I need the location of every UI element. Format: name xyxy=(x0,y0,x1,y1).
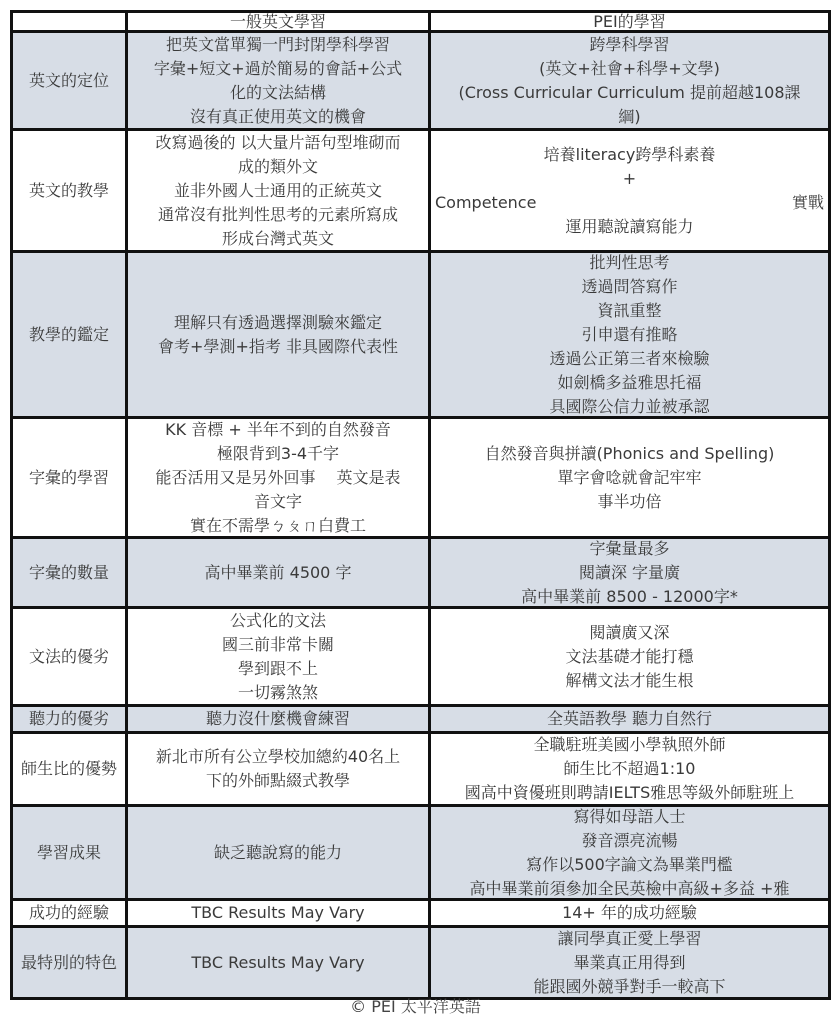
pei-learning-cell: 全職駐班美國小學執照外師師生比不超過1:10國高中資優班則聘請IELTS雅思等級… xyxy=(430,733,830,806)
pei-learning-cell: 14+ 年的成功經驗 xyxy=(430,900,830,927)
cell-content: 缺乏聽說寫的能力 xyxy=(130,807,426,898)
table-body: 英文的定位把英文當單獨一門封閉學科學習字彙+短文+過於簡易的會話+公式化的文法結… xyxy=(12,32,830,999)
cell-content: 自然發音與拼讀(Phonics and Spelling)單字會唸就會記牢牢事半… xyxy=(433,419,826,536)
cell-line: 透過公正第三者來檢驗 xyxy=(549,347,709,371)
header-pei-learning: PEI的學習 xyxy=(430,12,830,32)
cell-line-part: Competence xyxy=(435,191,536,215)
cell-line: 如劍橋多益雅思托福 xyxy=(557,371,701,395)
row-label: 文法的優劣 xyxy=(12,608,127,706)
cell-line: 國三前非常卡關 xyxy=(222,633,334,657)
cell-line: 自然發音與拼讀(Phonics and Spelling) xyxy=(485,442,775,466)
cell-line: 文法基礎才能打穩 xyxy=(565,645,693,669)
cell-line: 單字會唸就會記牢牢 xyxy=(557,466,701,490)
table-row: 英文的定位把英文當單獨一門封閉學科學習字彙+短文+過於簡易的會話+公式化的文法結… xyxy=(12,32,830,130)
cell-line: + xyxy=(623,167,636,191)
cell-line: 一切霧煞煞 xyxy=(238,681,318,705)
cell-line: 發音漂亮流暢 xyxy=(581,829,677,853)
cell-line-part: 實戰 xyxy=(792,191,824,215)
cell-line: 引申還有推略 xyxy=(581,323,677,347)
row-label: 英文的教學 xyxy=(12,130,127,252)
cell-line: 公式化的文法 xyxy=(230,609,326,633)
cell-line: 並非外國人士通用的正統英文 xyxy=(174,179,382,203)
pei-learning-cell: 批判性思考透過問答寫作資訊重整引申還有推略透過公正第三者來檢驗如劍橋多益雅思托福… xyxy=(430,252,830,418)
table-row: 聽力的優劣聽力沒什麼機會練習全英語教學 聽力自然行 xyxy=(12,706,830,733)
cell-line: 培養literacy跨學科素養 xyxy=(544,143,716,167)
cell-line: 事半功倍 xyxy=(597,490,661,514)
cell-line: 閱讀廣又深 xyxy=(589,621,669,645)
general-learning-cell: 改寫過後的 以大量片語句型堆砌而成的類外文並非外國人士通用的正統英文通常沒有批判… xyxy=(127,130,430,252)
pei-learning-cell: 培養literacy跨學科素養+Competence實戰運用聽說讀寫能力 xyxy=(430,130,830,252)
pei-learning-cell: 自然發音與拼讀(Phonics and Spelling)單字會唸就會記牢牢事半… xyxy=(430,418,830,538)
general-learning-cell: 缺乏聽說寫的能力 xyxy=(127,806,430,900)
cell-line: 寫得如母語人士 xyxy=(573,807,685,829)
table-row: 成功的經驗TBC Results May Vary14+ 年的成功經驗 xyxy=(12,900,830,927)
cell-line: 全職駐班美國小學執照外師 xyxy=(533,734,725,757)
cell-content: 寫得如母語人士發音漂亮流暢寫作以500字論文為畢業門檻高中畢業前須參加全民英檢中… xyxy=(433,807,826,898)
cell-line: 會考+學測+指考 非具國際代表性 xyxy=(158,335,398,359)
cell-line: 高中畢業前須參加全民英檢中高級+多益 +雅 xyxy=(470,877,790,899)
cell-line: 學到跟不上 xyxy=(238,657,318,681)
header-row: 一般英文學習 PEI的學習 xyxy=(12,12,830,32)
table-row: 字彙的學習KK 音標 + 半年不到的自然發音極限背到3-4千字能否活用又是另外回… xyxy=(12,418,830,538)
cell-line: 畢業真正用得到 xyxy=(573,951,685,975)
cell-line: 極限背到3-4千字 xyxy=(217,442,339,466)
cell-line: 解構文法才能生根 xyxy=(565,669,693,693)
table-row: 英文的教學改寫過後的 以大量片語句型堆砌而成的類外文並非外國人士通用的正統英文通… xyxy=(12,130,830,252)
cell-line: 實在不需學ㄅㄆㄇ白費工 xyxy=(190,514,366,537)
general-learning-cell: 把英文當單獨一門封閉學科學習字彙+短文+過於簡易的會話+公式化的文法結構沒有真正… xyxy=(127,32,430,130)
general-learning-cell: TBC Results May Vary xyxy=(127,927,430,999)
cell-line: 綱) xyxy=(618,105,640,129)
cell-content: 培養literacy跨學科素養+Competence實戰運用聽說讀寫能力 xyxy=(433,131,826,250)
pei-learning-cell: 讓同學真正愛上學習畢業真正用得到能跟國外競爭對手一較高下 xyxy=(430,927,830,999)
header-corner xyxy=(12,12,127,32)
cell-line: 能否活用又是另外回事 英文是表 xyxy=(155,466,400,490)
cell-content: 聽力沒什麼機會練習 xyxy=(130,708,426,731)
pei-learning-cell: 閱讀廣又深文法基礎才能打穩解構文法才能生根 xyxy=(430,608,830,706)
cell-line: 新北市所有公立學校加總約40名上 xyxy=(156,745,400,769)
cell-line: 全英語教學 聽力自然行 xyxy=(547,708,712,731)
cell-line: 資訊重整 xyxy=(597,299,661,323)
table-row: 最特別的特色TBC Results May Vary讓同學真正愛上學習畢業真正用… xyxy=(12,927,830,999)
split-line: Competence實戰 xyxy=(433,191,826,215)
row-label: 最特別的特色 xyxy=(12,927,127,999)
header-general-learning: 一般英文學習 xyxy=(127,12,430,32)
cell-content: 改寫過後的 以大量片語句型堆砌而成的類外文並非外國人士通用的正統英文通常沒有批判… xyxy=(130,131,426,250)
pei-learning-cell: 跨學科學習(英文+社會+科學+文學)(Cross Curricular Curr… xyxy=(430,32,830,130)
cell-content: 批判性思考透過問答寫作資訊重整引申還有推略透過公正第三者來檢驗如劍橋多益雅思托福… xyxy=(433,253,826,416)
row-label: 字彙的學習 xyxy=(12,418,127,538)
cell-line: 國高中資優班則聘請IELTS雅思等級外師駐班上 xyxy=(465,781,794,804)
cell-line: (英文+社會+科學+文學) xyxy=(539,57,720,81)
cell-content: 理解只有透過選擇測驗來鑑定會考+學測+指考 非具國際代表性 xyxy=(130,253,426,416)
cell-line: 讓同學真正愛上學習 xyxy=(557,928,701,951)
cell-line: 成的類外文 xyxy=(238,155,318,179)
row-label: 教學的鑑定 xyxy=(12,252,127,418)
cell-line: 把英文當單獨一門封閉學科學習 xyxy=(166,33,390,57)
row-label: 成功的經驗 xyxy=(12,900,127,927)
table-row: 學習成果缺乏聽說寫的能力寫得如母語人士發音漂亮流暢寫作以500字論文為畢業門檻高… xyxy=(12,806,830,900)
cell-content: 高中畢業前 4500 字 xyxy=(130,539,426,606)
cell-line: (Cross Curricular Curriculum 提前超越108課 xyxy=(458,81,800,105)
cell-line: 透過問答寫作 xyxy=(581,275,677,299)
cell-content: 字彙量最多閱讀深 字量廣高中畢業前 8500 - 12000字* xyxy=(433,539,826,606)
cell-line: 通常沒有批判性思考的元素所寫成 xyxy=(158,203,398,227)
cell-content: 14+ 年的成功經驗 xyxy=(433,902,826,924)
cell-content: 新北市所有公立學校加總約40名上下的外師點綴式教學 xyxy=(130,734,426,804)
table-row: 文法的優劣公式化的文法國三前非常卡關學到跟不上一切霧煞煞閱讀廣又深文法基礎才能打… xyxy=(12,608,830,706)
cell-content: TBC Results May Vary xyxy=(130,928,426,997)
table-row: 教學的鑑定理解只有透過選擇測驗來鑑定會考+學測+指考 非具國際代表性批判性思考透… xyxy=(12,252,830,418)
general-learning-cell: 新北市所有公立學校加總約40名上下的外師點綴式教學 xyxy=(127,733,430,806)
cell-content: 跨學科學習(英文+社會+科學+文學)(Cross Curricular Curr… xyxy=(433,33,826,128)
cell-line: 字彙量最多 xyxy=(589,539,669,561)
cell-content: 把英文當單獨一門封閉學科學習字彙+短文+過於簡易的會話+公式化的文法結構沒有真正… xyxy=(130,33,426,128)
cell-line: 聽力沒什麼機會練習 xyxy=(206,708,350,731)
cell-line: 高中畢業前 8500 - 12000字* xyxy=(521,585,738,607)
cell-content: 公式化的文法國三前非常卡關學到跟不上一切霧煞煞 xyxy=(130,609,426,704)
cell-content: KK 音標 + 半年不到的自然發音極限背到3-4千字能否活用又是另外回事 英文是… xyxy=(130,419,426,536)
row-label: 師生比的優勢 xyxy=(12,733,127,806)
cell-line: 字彙+短文+過於簡易的會話+公式 xyxy=(154,57,402,81)
cell-line: 閱讀深 字量廣 xyxy=(579,561,680,585)
cell-line: 沒有真正使用英文的機會 xyxy=(190,105,366,129)
general-learning-cell: 高中畢業前 4500 字 xyxy=(127,538,430,608)
cell-content: 閱讀廣又深文法基礎才能打穩解構文法才能生根 xyxy=(433,609,826,704)
cell-line: 具國際公信力並被承認 xyxy=(549,395,709,417)
comparison-table-container: 一般英文學習 PEI的學習 英文的定位把英文當單獨一門封閉學科學習字彙+短文+過… xyxy=(10,10,828,1000)
cell-line: TBC Results May Vary xyxy=(191,951,364,975)
cell-content: 全職駐班美國小學執照外師師生比不超過1:10國高中資優班則聘請IELTS雅思等級… xyxy=(433,734,826,804)
pei-learning-cell: 全英語教學 聽力自然行 xyxy=(430,706,830,733)
cell-line: 運用聽說讀寫能力 xyxy=(565,215,693,239)
copyright-footer: © PEI 太平洋英語 xyxy=(0,996,831,1018)
cell-line: 寫作以500字論文為畢業門檻 xyxy=(526,853,733,877)
cell-line: 改寫過後的 以大量片語句型堆砌而 xyxy=(155,131,400,155)
cell-line: KK 音標 + 半年不到的自然發音 xyxy=(165,419,391,442)
cell-line: 形成台灣式英文 xyxy=(222,227,334,251)
general-learning-cell: TBC Results May Vary xyxy=(127,900,430,927)
row-label: 字彙的數量 xyxy=(12,538,127,608)
general-learning-cell: 公式化的文法國三前非常卡關學到跟不上一切霧煞煞 xyxy=(127,608,430,706)
cell-content: 全英語教學 聽力自然行 xyxy=(433,708,826,731)
cell-line: 下的外師點綴式教學 xyxy=(206,769,350,793)
pei-learning-cell: 字彙量最多閱讀深 字量廣高中畢業前 8500 - 12000字* xyxy=(430,538,830,608)
cell-line: TBC Results May Vary xyxy=(191,902,364,924)
cell-line: 師生比不超過1:10 xyxy=(564,757,696,781)
general-learning-cell: 聽力沒什麼機會練習 xyxy=(127,706,430,733)
row-label: 學習成果 xyxy=(12,806,127,900)
row-label: 英文的定位 xyxy=(12,32,127,130)
table-row: 字彙的數量高中畢業前 4500 字字彙量最多閱讀深 字量廣高中畢業前 8500 … xyxy=(12,538,830,608)
table-row: 師生比的優勢新北市所有公立學校加總約40名上下的外師點綴式教學全職駐班美國小學執… xyxy=(12,733,830,806)
cell-line: 跨學科學習 xyxy=(589,33,669,57)
general-learning-cell: 理解只有透過選擇測驗來鑑定會考+學測+指考 非具國際代表性 xyxy=(127,252,430,418)
row-label: 聽力的優劣 xyxy=(12,706,127,733)
comparison-table: 一般英文學習 PEI的學習 英文的定位把英文當單獨一門封閉學科學習字彙+短文+過… xyxy=(10,10,831,1000)
cell-line: 理解只有透過選擇測驗來鑑定 xyxy=(174,311,382,335)
cell-content: TBC Results May Vary xyxy=(130,902,426,924)
cell-line: 高中畢業前 4500 字 xyxy=(205,561,352,585)
cell-line: 能跟國外競爭對手一較高下 xyxy=(533,975,725,998)
cell-line: 批判性思考 xyxy=(589,253,669,275)
cell-line: 14+ 年的成功經驗 xyxy=(562,902,697,924)
general-learning-cell: KK 音標 + 半年不到的自然發音極限背到3-4千字能否活用又是另外回事 英文是… xyxy=(127,418,430,538)
cell-content: 讓同學真正愛上學習畢業真正用得到能跟國外競爭對手一較高下 xyxy=(433,928,826,997)
cell-line: 缺乏聽說寫的能力 xyxy=(214,841,342,865)
cell-line: 音文字 xyxy=(254,490,302,514)
cell-line: 化的文法結構 xyxy=(230,81,326,105)
pei-learning-cell: 寫得如母語人士發音漂亮流暢寫作以500字論文為畢業門檻高中畢業前須參加全民英檢中… xyxy=(430,806,830,900)
